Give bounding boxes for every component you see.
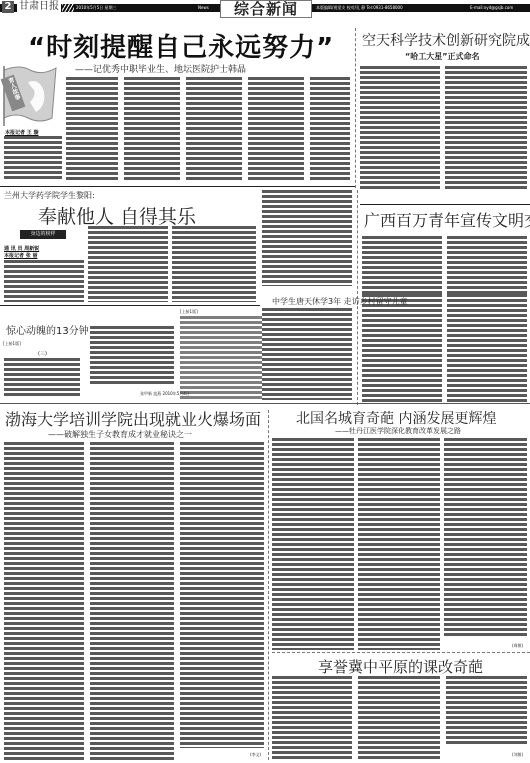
issue-date: 2010年5月5日 星期三 (76, 5, 117, 11)
middle-school-body-col-1 (262, 308, 352, 400)
main-body-col-6 (310, 77, 350, 180)
main-subheadline: ——记优秀中职毕业生、地坛医院护士韩晶 (75, 62, 246, 75)
hebei-body-col-1 (272, 676, 352, 760)
lanzhou-kicker: 兰州大学药学院学生黎阳: (4, 190, 95, 201)
guangxi-body-col-1 (362, 236, 442, 294)
lanzhou-byline-1: 通 讯 员 周新锐 (4, 245, 39, 252)
aerospace-body-col-1 (360, 66, 440, 190)
main-body-col-4 (186, 77, 242, 180)
bohai-headline: 渤海大学培训学院出现就业火爆场面 (5, 407, 261, 430)
main-body-col-5 (248, 77, 304, 180)
thirteen-minutes-source: [上接1版] (3, 341, 21, 347)
thirteen-minutes-body-col-1 (4, 358, 80, 398)
middle-school-body-col-2 (362, 294, 442, 402)
guangxi-body-col-2 (447, 236, 527, 294)
main-body-col-3 (124, 77, 180, 180)
page-number: 2 (2, 1, 14, 13)
lanzhou-continued-col (180, 316, 262, 400)
northern-city-body-col-1 (272, 438, 354, 650)
northern-city-headline: 北国名城育奇葩 内涵发展更辉煌 (296, 408, 496, 428)
paper-logo: 甘肃日报 (17, 0, 61, 13)
main-body-col-2 (66, 77, 118, 180)
bohai-end-mark: (李文) (250, 752, 261, 758)
section-rule (360, 204, 530, 205)
column-divider (268, 410, 269, 760)
lanzhou-body-col-1 (4, 260, 84, 302)
main-byline: 本报记者 王 璇 (5, 129, 38, 136)
bohai-body-col-1 (4, 442, 84, 760)
bohai-body-col-3 (180, 442, 264, 748)
aerospace-headline: 空天科学技术创新研究院成立 (362, 30, 530, 50)
section-divider (272, 652, 530, 653)
northern-city-body-col-2 (358, 438, 440, 650)
northern-city-end-mark: (周敏) (512, 643, 523, 649)
editor-info: 本版编辑/视觉支 校对/孔 静 Tel:0931-8658000 (316, 5, 403, 11)
aerospace-subheadline: “哈工大星”正式命名 (405, 51, 480, 62)
lanzhou-body-col-3 (172, 226, 256, 302)
decorative-hash-marks (62, 4, 74, 12)
education-story-flag-icon (0, 62, 58, 127)
thirteen-minutes-headline: 惊心动魄的13分钟 (6, 322, 89, 337)
section-rule (0, 305, 260, 306)
column-divider (355, 28, 356, 188)
main-body-col-1 (4, 136, 62, 180)
bohai-body-col-2 (90, 442, 174, 760)
middle-school-body-col-3 (447, 294, 527, 402)
lanzhou-body-col-4 (262, 190, 352, 286)
northern-city-subheadline: ——牡丹江医学院深化教育改革发展之路 (335, 426, 461, 436)
guangxi-headline: 广西百万青年宣传文明交通 (364, 208, 530, 231)
lanzhou-byline-2: 本报记者 张 丽 (4, 252, 37, 259)
thirteen-minutes-section-mark: (三) (38, 350, 47, 357)
lanzhou-headline: 奉献他人 自得其乐 (38, 202, 196, 229)
hebei-body-col-3 (446, 676, 527, 746)
lanzhou-body-col-2 (88, 226, 168, 302)
main-headline: “时刻提醒自己永远努力” (28, 27, 334, 64)
lanzhou-tag: 身边的榜样 (20, 230, 66, 239)
hebei-headline: 享誉冀中平原的课改奇葩 (318, 656, 483, 677)
thirteen-minutes-body-col-2 (90, 326, 174, 386)
aerospace-body-col-2 (445, 66, 527, 190)
section-rule (0, 186, 355, 187)
bohai-subheadline: ——破解独生子女教育成才就业秘诀之一 (48, 429, 192, 440)
news-label: News (198, 5, 209, 11)
email: E-mail:xyd@gsjb.com (470, 5, 513, 11)
northern-city-body-col-3 (444, 438, 527, 638)
middle-school-source: [上接1版] (180, 309, 198, 315)
hebei-end-mark: (刘敏) (512, 752, 523, 758)
hebei-body-col-2 (358, 676, 440, 760)
section-title: 综合新闻 (220, 0, 312, 18)
section-rule (0, 403, 530, 404)
